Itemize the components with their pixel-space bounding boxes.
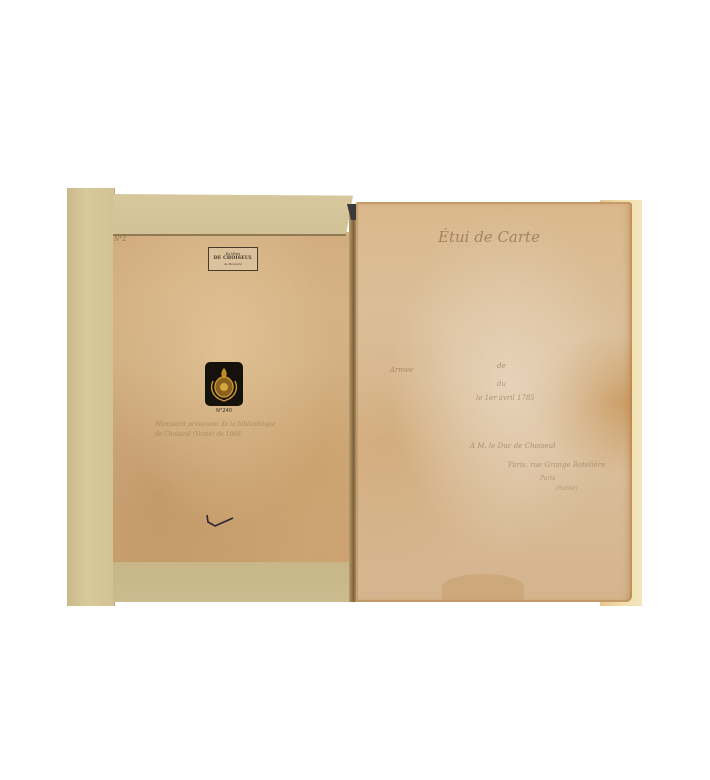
left-tape-strip [67,188,115,606]
address-line-4: (Seine) [556,485,578,492]
water-stain [442,574,524,600]
provenance-note-line-1: Manuscrit provenant de la bibliothèque [155,420,276,430]
bottom-tape-strip [113,562,351,602]
address-line-3: Paris [540,475,555,482]
ex-libris-stamp: Ex libris DE CHOISEUL de Beaupré [208,247,258,271]
manuscript-line-3: du [497,380,506,388]
manuscript-line-1: Armée [390,366,413,374]
address-line-1: A M. le Duc de Choiseul [470,442,555,450]
manuscript-line-4: le 1er avril 1785 [476,394,535,402]
top-tape-strip [113,194,353,236]
corner-note: N°2 [114,236,126,243]
coat-of-arms-icon [205,362,243,406]
stamp-line-2: DE CHOISEUL [214,257,253,262]
address-line-2: Paris, rue Grange Batelière [508,461,605,469]
manuscript-wrapper-page [356,202,632,602]
pencil-check-mark-icon [204,512,236,528]
manuscript-line-2: de [497,362,506,370]
provenance-note: Manuscrit provenant de la bibliothèque d… [155,420,276,440]
stamp-line-3: de Beaupré [224,263,241,266]
photo-scene: N°2 Ex libris DE CHOISEUL de Beaupré N°2… [0,0,710,780]
manuscript-title: Étui de Carte [438,228,540,246]
provenance-note-line-2: de Choiseul (Vente) de 1866 [155,430,276,440]
shelfmark-number: N°240 [210,408,238,414]
